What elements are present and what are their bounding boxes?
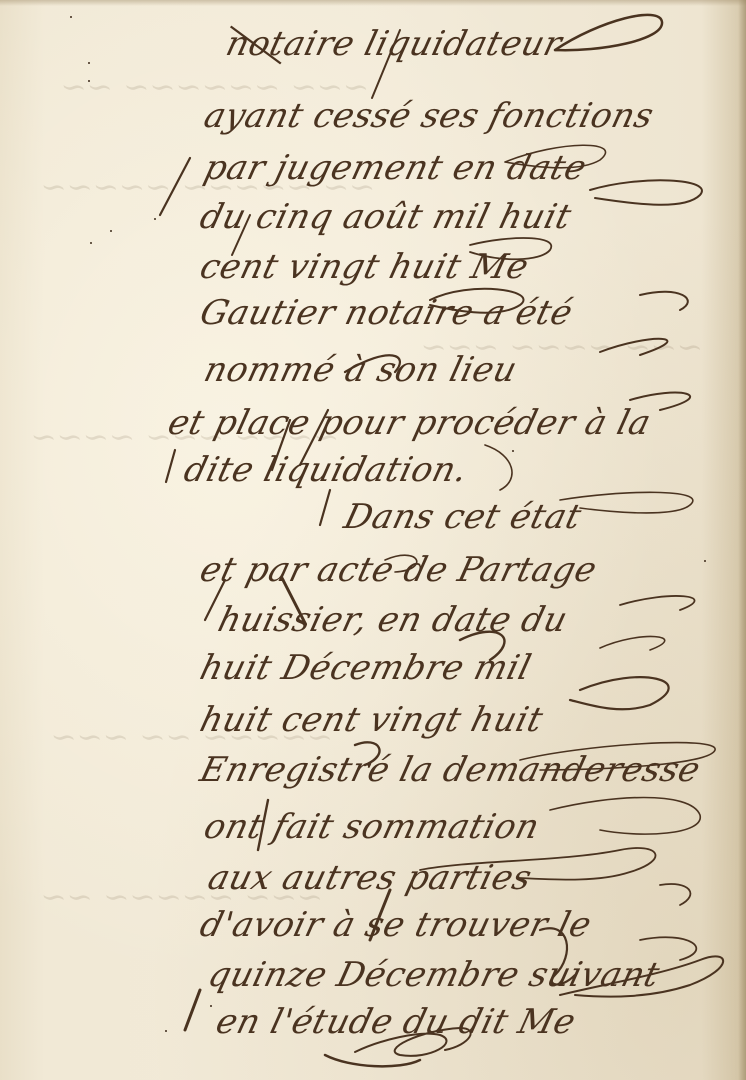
ink-speck: [165, 1030, 167, 1032]
ink-speck: [110, 230, 112, 232]
manuscript-line-3: par jugement en date: [200, 148, 591, 188]
manuscript-line-9: dite liquidation.: [180, 450, 472, 490]
manuscript-line-15: Enregistré la demanderesse: [196, 750, 705, 790]
manuscript-line-11: et par acte de Partage: [196, 550, 601, 590]
manuscript-line-8: et place pour procéder à la: [164, 403, 655, 443]
manuscript-line-20: en l'étude du dit Me: [212, 1002, 580, 1042]
manuscript-line-1: notaire liquidateur: [222, 24, 566, 64]
manuscript-line-12: huissier, en date du: [214, 600, 572, 640]
paper-top-edge: [0, 0, 746, 6]
ink-speck: [512, 450, 514, 452]
ink-speck: [70, 16, 72, 18]
ink-speck: [88, 80, 90, 82]
manuscript-line-4: du cinq août mil huit: [196, 197, 576, 237]
manuscript-line-5: cent vingt huit Me: [196, 247, 533, 287]
manuscript-line-13: huit Décembre mil: [196, 648, 535, 688]
ink-speck: [704, 560, 706, 562]
paper-right-edge: [738, 0, 746, 1080]
manuscript-line-2: ayant cessé ses fonctions: [200, 96, 658, 136]
ink-speck: [210, 1005, 212, 1007]
manuscript-line-6: Gautier notaire a été: [196, 293, 577, 333]
manuscript-line-7: nommé à son lieu: [200, 350, 521, 390]
ink-speck: [88, 62, 90, 64]
manuscript-line-17: aux autres parties: [204, 858, 536, 898]
manuscript-line-19: quinze Décembre suivant: [204, 955, 664, 995]
manuscript-line-16: ont fait sommation: [200, 807, 544, 847]
manuscript-line-18: d'avoir à se trouver le: [196, 905, 596, 945]
manuscript-line-10: Dans cet état: [340, 497, 586, 537]
ink-speck: [154, 218, 156, 220]
line-text: notaire liquidateur: [222, 24, 566, 64]
manuscript-page: ~~~ ~~~~~~ ~~ ~~ ~~~~~ ~~~~~ ~~~~ ~~~ ~~…: [0, 0, 746, 1080]
ink-speck: [90, 242, 92, 244]
manuscript-line-14: huit cent vingt huit: [196, 700, 547, 740]
